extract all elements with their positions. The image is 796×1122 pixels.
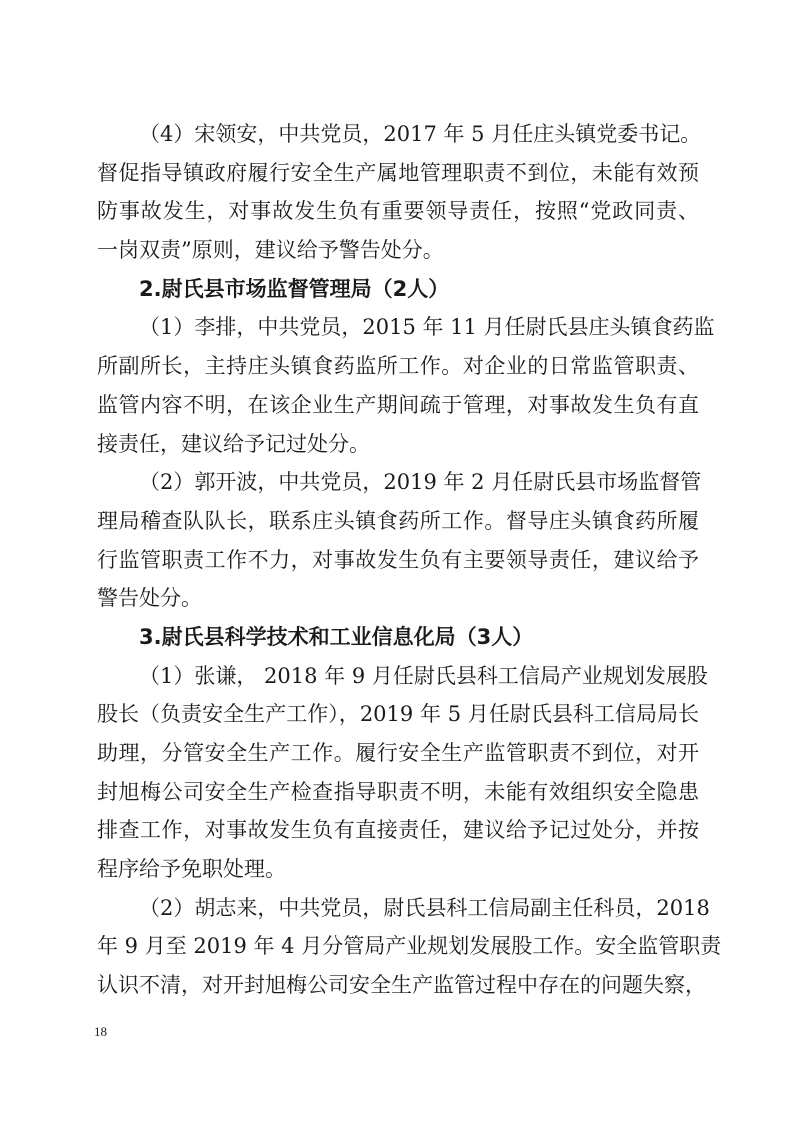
text-line: （2）胡志来，中共党员，尉氏县科工信局副主任科员，2018: [97, 889, 699, 928]
text-line: （1）李排，中共党员，2015 年 11 月任尉氏县庄头镇食药监: [97, 308, 699, 347]
text-line: 排查工作，对事故发生负有直接责任，建议给予记过处分，并按: [97, 811, 699, 850]
section-heading-market-supervision: 2.尉氏县市场监督管理局（2人）: [97, 270, 699, 309]
text-line: 助理，分管安全生产工作。履行安全生产监管职责不到位，对开: [97, 734, 699, 773]
paragraph-guo-kaibo: （2）郭开波，中共党员，2019 年 2 月任尉氏县市场监督管 理局稽查队队长，…: [97, 463, 699, 618]
text-line: （1）张谦， 2018 年 9 月任尉氏县科工信局产业规划发展股: [97, 657, 699, 696]
text-line: 警告处分。: [97, 579, 699, 618]
text-line: 所副所长，主持庄头镇食药监所工作。对企业的日常监管职责、: [97, 347, 699, 386]
text-line: 程序给予免职处理。: [97, 850, 699, 889]
text-line: 理局稽查队队长，联系庄头镇食药所工作。督导庄头镇食药所履: [97, 502, 699, 541]
text-line: 监管内容不明，在该企业生产期间疏于管理，对事故发生负有直: [97, 386, 699, 425]
text-line: 认识不清，对开封旭梅公司安全生产监管过程中存在的问题失察，: [97, 966, 699, 1005]
paragraph-song-lingan: （4）宋领安，中共党员，2017 年 5 月任庄头镇党委书记。 督促指导镇政府履…: [97, 115, 699, 270]
text-line: （4）宋领安，中共党员，2017 年 5 月任庄头镇党委书记。: [97, 115, 699, 154]
text-line: 年 9 月至 2019 年 4 月分管局产业规划发展股工作。安全监管职责: [97, 927, 699, 966]
text-line: 接责任，建议给予记过处分。: [97, 425, 699, 464]
text-line: 行监管职责工作不力，对事故发生负有主要领导责任，建议给予: [97, 541, 699, 580]
text-line: 一岗双责”原则，建议给予警告处分。: [97, 231, 699, 270]
text-line: 封旭梅公司安全生产检查指导职责不明，未能有效组织安全隐患: [97, 773, 699, 812]
paragraph-li-pai: （1）李排，中共党员，2015 年 11 月任尉氏县庄头镇食药监 所副所长，主持…: [97, 308, 699, 463]
paragraph-zhang-qian: （1）张谦， 2018 年 9 月任尉氏县科工信局产业规划发展股 股长（负责安全…: [97, 657, 699, 889]
text-line: 防事故发生，对事故发生负有重要领导责任，按照“党政同责、: [97, 192, 699, 231]
section-heading-science-technology: 3.尉氏县科学技术和工业信息化局（3人）: [97, 618, 699, 657]
page-number: 18: [94, 1024, 107, 1040]
text-line: （2）郭开波，中共党员，2019 年 2 月任尉氏县市场监督管: [97, 463, 699, 502]
text-line: 督促指导镇政府履行安全生产属地管理职责不到位，未能有效预: [97, 154, 699, 193]
paragraph-hu-zhilai: （2）胡志来，中共党员，尉氏县科工信局副主任科员，2018 年 9 月至 201…: [97, 889, 699, 1005]
page-content: （4）宋领安，中共党员，2017 年 5 月任庄头镇党委书记。 督促指导镇政府履…: [97, 115, 699, 1005]
document-page: （4）宋领安，中共党员，2017 年 5 月任庄头镇党委书记。 督促指导镇政府履…: [0, 0, 796, 1122]
text-line: 股长（负责安全生产工作），2019 年 5 月任尉氏县科工信局局长: [97, 695, 699, 734]
